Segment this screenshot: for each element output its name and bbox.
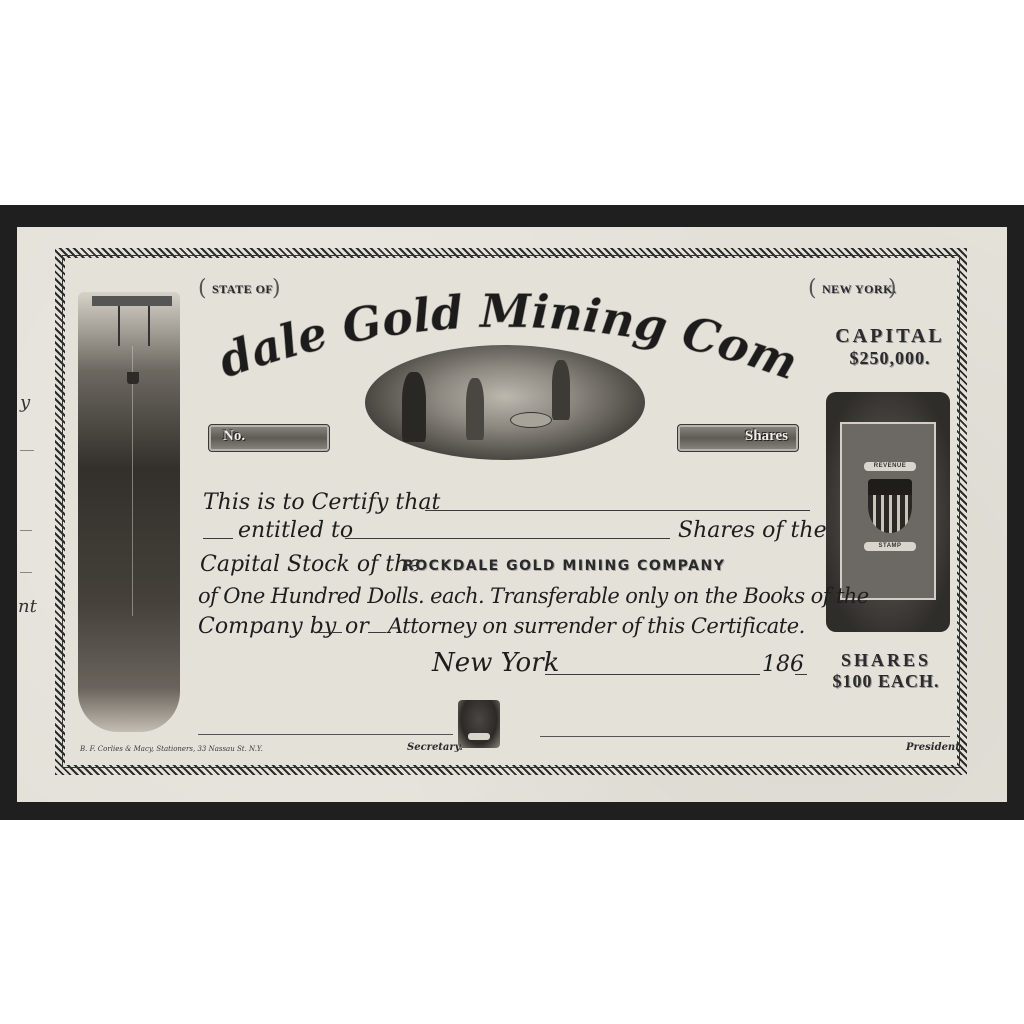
blank-line [203, 538, 233, 539]
shares-each-value: $100 EACH. [814, 670, 958, 692]
par-value-cartouche: SHARES $100 EACH. [814, 650, 958, 692]
capital-cartouche: CAPITAL $250,000. [820, 325, 960, 369]
state-name: NEW YORK. [822, 282, 897, 297]
year-line [795, 674, 807, 675]
ornament-paren: ) [888, 276, 897, 301]
capital-label: CAPITAL [820, 325, 960, 347]
stub-rule [20, 572, 32, 573]
shares-each-label: SHARES [814, 650, 958, 670]
place-text: New York [432, 648, 559, 678]
par-value-text: of One Hundred Dolls. each. Transferable… [198, 584, 869, 608]
blank-line [368, 632, 386, 633]
revenue-banner: REVENUE [864, 462, 916, 471]
shares-count-plate: Shares [677, 424, 799, 452]
holder-name-line [425, 510, 810, 511]
dog-vignette [458, 700, 500, 748]
windlass-post [148, 306, 150, 346]
secretary-signature-line [198, 734, 453, 735]
stamp-banner: STAMP [864, 542, 916, 551]
mine-rope [132, 346, 133, 616]
certificate-number-plate: No. [208, 424, 330, 452]
dog-icon [468, 733, 490, 740]
company-by-text: Company by [198, 614, 336, 639]
windlass-beam [92, 296, 172, 306]
capital-stock-text: Capital Stock of the [200, 552, 421, 577]
mine-shaft-vignette [78, 292, 180, 732]
shield-chief [868, 479, 912, 495]
entitled-text: entitled to [238, 518, 353, 543]
share-count-line [345, 538, 670, 539]
president-label: President. [906, 742, 963, 753]
printer-imprint: B. F. Corlies & Macy, Stationers, 33 Nas… [80, 745, 263, 753]
president-signature-line [540, 736, 950, 737]
stub-rule [20, 530, 32, 531]
bucket-icon [127, 372, 139, 384]
revenue-stamp-panel: REVENUE STAMP [840, 422, 936, 600]
stub-fragment: y [20, 392, 30, 413]
secretary-label: Secretary. [407, 742, 463, 753]
number-label: No. [223, 428, 245, 445]
miner-figure [466, 378, 484, 440]
stub-rule [20, 450, 34, 451]
blank-line [318, 632, 342, 633]
miner-figure [552, 360, 570, 420]
shares-label: Shares [745, 428, 788, 445]
shares-of-the-text: Shares of the [678, 518, 827, 543]
or-text: or [345, 614, 369, 639]
gold-pan [510, 412, 552, 428]
miner-figure [402, 372, 426, 442]
date-line [545, 674, 760, 675]
company-name-caps: ROCKDALE GOLD MINING COMPANY [403, 558, 725, 574]
certify-line: This is to Certify that [203, 490, 440, 515]
ornament-paren: ( [808, 276, 817, 301]
capital-value: $250,000. [820, 347, 960, 369]
stub-fragment: nt [18, 596, 37, 617]
windlass-post [118, 306, 120, 346]
attorney-text: Attorney on surrender of this Certificat… [388, 614, 805, 638]
